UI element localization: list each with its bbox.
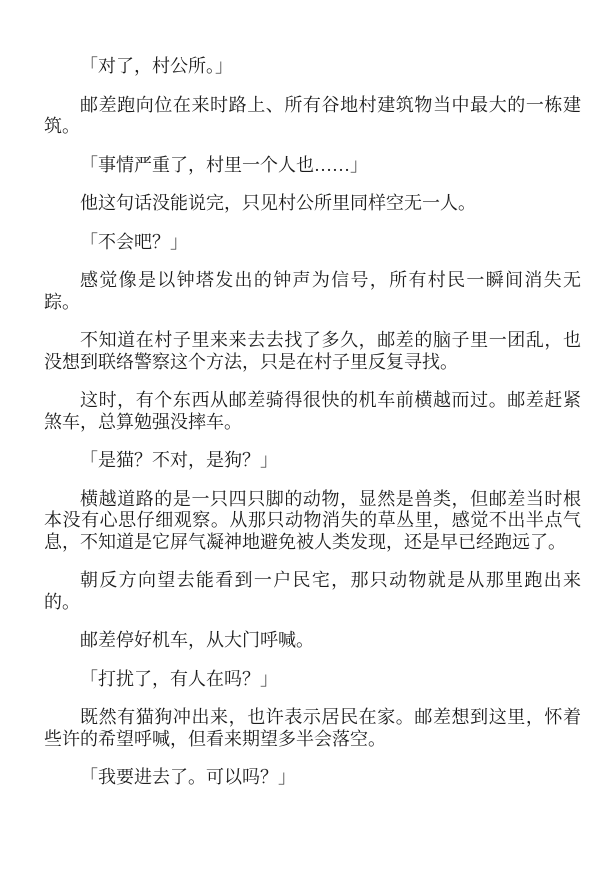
narrative-paragraph: 既然有猫狗冲出来，也许表示居民在家。邮差想到这里，怀着些许的希望呼喊，但看来期望… — [44, 707, 581, 750]
narrative-paragraph: 横越道路的是一只四只脚的动物，显然是兽类，但邮差当时根本没有心思仔细观察。从那只… — [44, 489, 581, 554]
dialogue-paragraph: 「不会吧？」 — [44, 232, 581, 254]
dialogue-paragraph: 「打扰了，有人在吗？」 — [44, 669, 581, 691]
narrative-paragraph: 朝反方向望去能看到一户民宅，那只动物就是从那里跑出来的。 — [44, 570, 581, 613]
dialogue-paragraph: 「对了，村公所。」 — [44, 56, 581, 78]
narrative-paragraph: 这时，有个东西从邮差骑得很快的机车前横越而过。邮差赶紧煞车，总算勉强没摔车。 — [44, 390, 581, 433]
narrative-paragraph: 感觉像是以钟塔发出的钟声为信号，所有村民一瞬间消失无踪。 — [44, 270, 581, 313]
narrative-paragraph: 他这句话没能说完，只见村公所里同样空无一人。 — [44, 193, 581, 215]
dialogue-paragraph: 「事情严重了，村里一个人也……」 — [44, 155, 581, 177]
narrative-paragraph: 邮差停好机车，从大门呼喊。 — [44, 630, 581, 652]
narrative-paragraph: 不知道在村子里来来去去找了多久，邮差的脑子里一团乱，也没想到联络警察这个方法，只… — [44, 330, 581, 373]
dialogue-paragraph: 「是猫？不对，是狗？」 — [44, 450, 581, 472]
novel-page: 「对了，村公所。」 邮差跑向位在来时路上、所有谷地村建筑物当中最大的一栋建筑。 … — [0, 0, 613, 869]
dialogue-paragraph: 「我要进去了。可以吗？」 — [44, 767, 581, 789]
narrative-paragraph: 邮差跑向位在来时路上、所有谷地村建筑物当中最大的一栋建筑。 — [44, 95, 581, 138]
